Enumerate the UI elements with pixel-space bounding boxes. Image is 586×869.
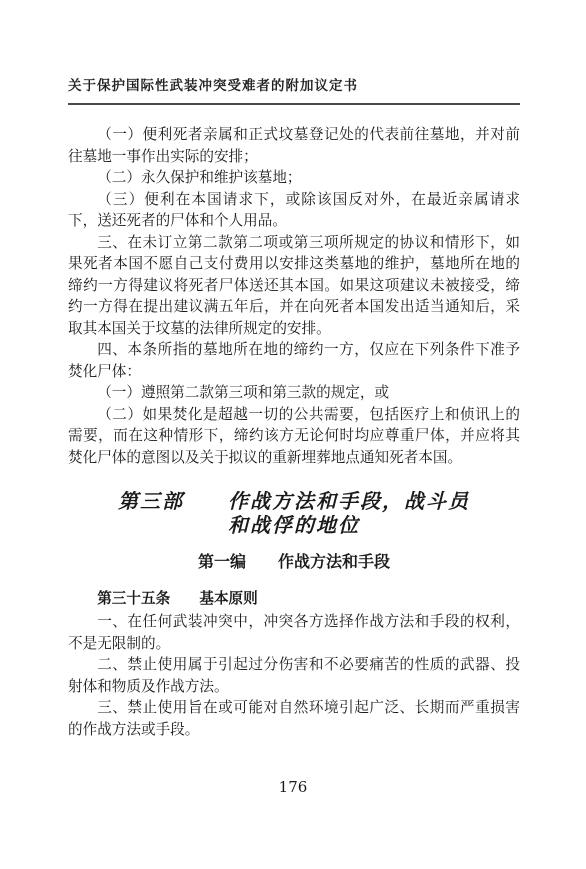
paragraph: （一）遵照第二款第三项和第三款的规定，或: [68, 382, 520, 404]
part-heading-line1: 第三部 作战方法和手段，战斗员: [68, 489, 520, 513]
part-heading: 第三部 作战方法和手段，战斗员 和战俘的地位: [68, 489, 520, 537]
running-header-title: 关于保护国际性武装冲突受难者的附加议定书: [68, 78, 520, 105]
paragraph: （二）如果焚化是超越一切的公共需要，包括医疗上和侦讯上的需要，而在这种情形下，缔…: [68, 404, 520, 469]
paragraph: 四、本条所指的墓地所在地的缔约一方，仅应在下列条件下准予焚化尸体：: [68, 339, 520, 382]
page-number: 176: [0, 778, 586, 797]
document-body: （一）便利死者亲属和正式坟墓登记处的代表前往墓地，并对前往墓地一事作出实际的安排…: [68, 124, 520, 740]
document-page: 关于保护国际性武装冲突受难者的附加议定书 （一）便利死者亲属和正式坟墓登记处的代…: [0, 0, 586, 869]
section-heading: 第一编 作战方法和手段: [68, 552, 520, 571]
paragraph: （二）永久保护和维护该墓地；: [68, 167, 520, 189]
paragraph: （三）便利在本国请求下，或除该国反对外，在最近亲属请求下，送还死者的尸体和个人用…: [68, 189, 520, 232]
page-content: 关于保护国际性武装冲突受难者的附加议定书 （一）便利死者亲属和正式坟墓登记处的代…: [68, 78, 520, 740]
paragraph: 三、在未订立第二款第二项或第三项所规定的协议和情形下，如果死者本国不愿自己支付费…: [68, 232, 520, 340]
paragraph: 三、禁止使用旨在或可能对自然环境引起广泛、长期而严重损害的作战方法或手段。: [68, 697, 520, 740]
paragraph: 一、在任何武装冲突中，冲突各方选择作战方法和手段的权利，不是无限制的。: [68, 611, 520, 654]
paragraph: 二、禁止使用属于引起过分伤害和不必要痛苦的性质的武器、投射体和物质及作战方法。: [68, 654, 520, 697]
article-heading: 第三十五条 基本原则: [68, 590, 520, 608]
part-heading-line2: 和战俘的地位: [68, 513, 520, 537]
paragraph: （一）便利死者亲属和正式坟墓登记处的代表前往墓地，并对前往墓地一事作出实际的安排…: [68, 124, 520, 167]
